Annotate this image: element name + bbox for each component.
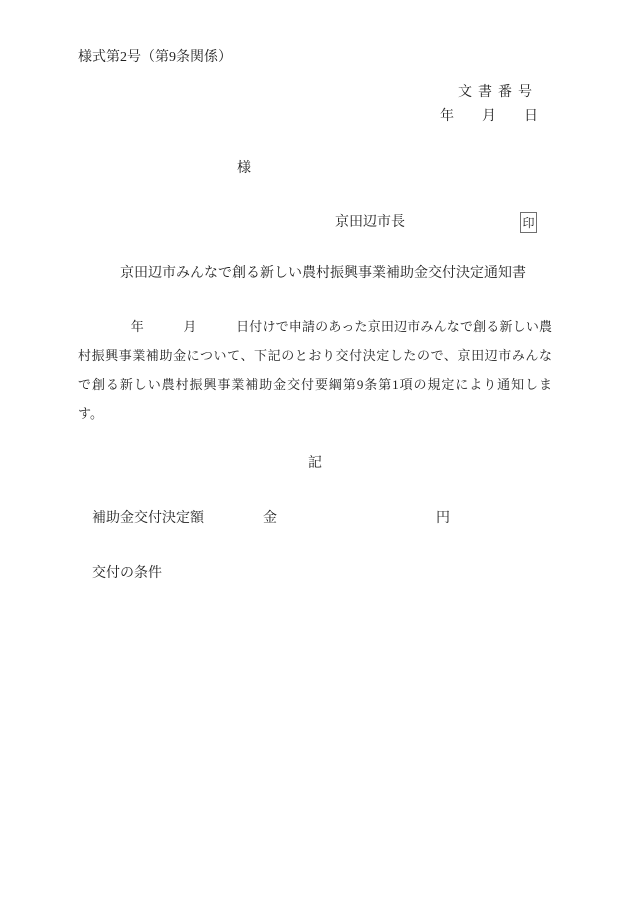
form-number-label: 様式第2号（第9条関係）	[78, 50, 232, 66]
recipient-honorific: 様	[237, 161, 251, 177]
document-number-label: 文書番号	[458, 85, 538, 101]
body-line: 年 月 日付けで申請のあった京田辺市みんなで創る新しい農	[78, 312, 552, 341]
body-paragraph: 年 月 日付けで申請のあった京田辺市みんなで創る新しい農 村振興事業補助金につい…	[78, 312, 552, 428]
seal-box: 印	[520, 212, 537, 233]
sender-title: 京田辺市長	[335, 215, 405, 231]
conditions-label: 交付の条件	[92, 566, 162, 582]
notification-document-page: 様式第2号（第9条関係） 文書番号 年 月 日 様 京田辺市長 印 京田辺市みん…	[0, 0, 630, 903]
amount-currency-prefix: 金	[263, 511, 277, 527]
body-line: す。	[78, 399, 552, 428]
amount-label: 補助金交付決定額	[92, 511, 204, 527]
body-line: で創る新しい農村振興事業補助金交付要綱第9条第1項の規定により通知しま	[78, 370, 552, 399]
seal-icon: 印	[522, 217, 534, 229]
ki-marker: 記	[308, 456, 322, 472]
date-placeholder: 年 月 日	[440, 109, 538, 125]
document-title: 京田辺市みんなで創る新しい農村振興事業補助金交付決定通知書	[120, 266, 526, 282]
body-line: 村振興事業補助金について、下記のとおり交付決定したので、京田辺市みんな	[78, 341, 552, 370]
amount-currency-suffix: 円	[436, 511, 450, 527]
